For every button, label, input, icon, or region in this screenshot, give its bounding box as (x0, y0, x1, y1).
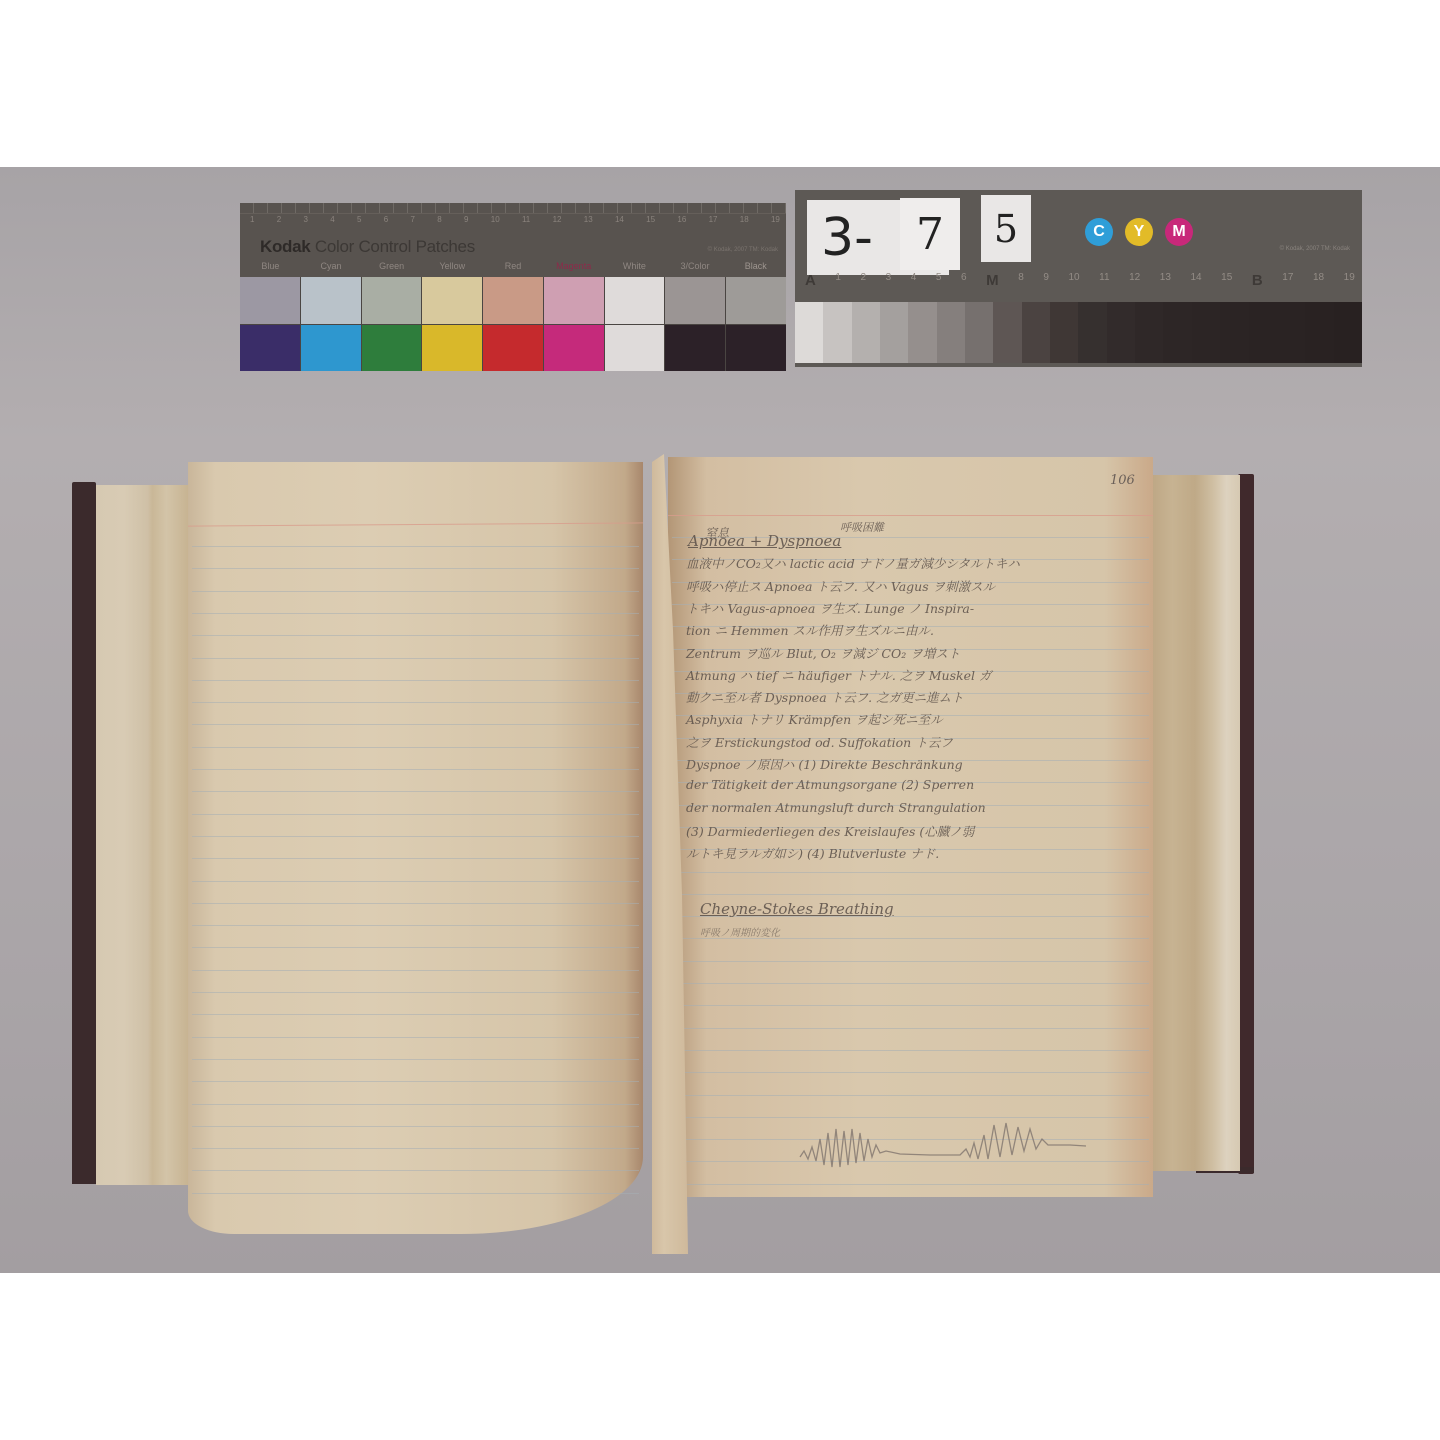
cover-right (1238, 474, 1254, 1174)
ruled-line (672, 1095, 1149, 1096)
ruled-line (192, 546, 639, 547)
handwritten-line: Asphyxia トナリ Krämpfen ヲ起シ死ニ至ル (686, 710, 943, 728)
cover-left (72, 482, 96, 1182)
ruled-line (672, 1050, 1149, 1051)
ruled-line (672, 1028, 1149, 1029)
ruled-line (192, 903, 639, 904)
red-margin-line (668, 515, 1153, 516)
ruled-line (672, 1005, 1149, 1006)
ruled-line (672, 1184, 1149, 1185)
ruled-line (672, 983, 1149, 984)
handwritten-line: der normalen Atmungsluft durch Strangula… (686, 800, 986, 815)
ruled-line (192, 791, 639, 792)
handwritten-line: Dyspnoe ノ原因ハ (1) Direkte Beschränkung (686, 755, 963, 773)
handwritten-line: 血液中ノCO₂又ハ lactic acid ナドノ量ガ減少シタルトキハ (686, 554, 1020, 572)
handwritten-line: (3) Darmiederliegen des Kreislaufes (心臓ノ… (686, 822, 974, 840)
ruled-line (192, 613, 639, 614)
ruled-line (192, 925, 639, 926)
ruled-line (192, 858, 639, 859)
ruled-line (672, 872, 1149, 873)
ruled-line (192, 970, 639, 971)
ruled-line (192, 992, 639, 993)
ruled-line (192, 814, 639, 815)
ruled-line (672, 1072, 1149, 1073)
ruled-line (192, 1126, 639, 1127)
ruled-line (192, 881, 639, 882)
photograph: 12345678910111213141516171819 Kodak Colo… (0, 167, 1440, 1273)
ruled-line (192, 1037, 639, 1038)
red-margin-line (188, 522, 643, 526)
page-number: 106 (1110, 473, 1135, 488)
ruled-line (192, 769, 639, 770)
ruled-line (192, 1014, 639, 1015)
open-notebook: 106 窒息 呼吸困難 Apnoea + Dyspnoea血液中ノCO₂又ハ l… (0, 167, 1440, 1273)
handwritten-line: tion ニ Hemmen スル作用ヲ生ズルニ由ル. (686, 621, 934, 639)
ruled-line (192, 658, 639, 659)
ruled-line (192, 1104, 639, 1105)
handwritten-line: Atmung ハ tief ニ häufiger トナル. 之ヲ Muskel … (686, 666, 991, 684)
section-title: Cheyne-Stokes Breathing (700, 900, 894, 918)
handwritten-line: トキハ Vagus-apnoea ヲ生ズ. Lunge ノ Inspira- (686, 599, 974, 617)
ruled-line (192, 724, 639, 725)
ruled-line (192, 747, 639, 748)
cheyne-stokes-waveform-sketch (790, 1109, 1100, 1179)
ruled-line (672, 961, 1149, 962)
handwritten-line: der Tätigkeit der Atmungsorgane (2) Sper… (686, 777, 974, 792)
ruled-line (192, 1059, 639, 1060)
handwritten-line: 動クニ至ル者 Dyspnoea ト云フ. 之ガ更ニ進ムト (686, 688, 964, 706)
handwritten-line: 呼吸ハ停止ス Apnoea ト云フ. 又ハ Vagus ヲ刺激スル (686, 577, 995, 595)
ruled-line (192, 702, 639, 703)
heading-line: Apnoea + Dyspnoea (688, 532, 841, 550)
ruled-line (192, 836, 639, 837)
section-note: 呼吸ノ周期的変化 (700, 924, 780, 939)
handwritten-line: 之ヲ Erstickungstod od. Suffokation ト云フ (686, 733, 953, 751)
ruled-line (192, 635, 639, 636)
ruled-line (192, 1170, 639, 1171)
header-right: 呼吸困難 (840, 519, 884, 535)
ruled-line (192, 947, 639, 948)
handwritten-line: ルトキ見ラルガ如シ) (4) Blutverluste ナド. (686, 844, 939, 862)
page-block-left (96, 485, 190, 1185)
ruled-line (192, 1193, 639, 1194)
ruled-line (672, 894, 1149, 895)
left-page (188, 462, 643, 1234)
handwritten-line: Zentrum ヲ巡ル Blut, O₂ ヲ減ジ CO₂ ヲ増スト (686, 644, 960, 662)
page-block-right (1150, 475, 1240, 1171)
ruled-line (192, 1148, 639, 1149)
ruled-line (192, 680, 639, 681)
ruled-line (192, 591, 639, 592)
ruled-line (192, 1081, 639, 1082)
ruled-line (192, 568, 639, 569)
